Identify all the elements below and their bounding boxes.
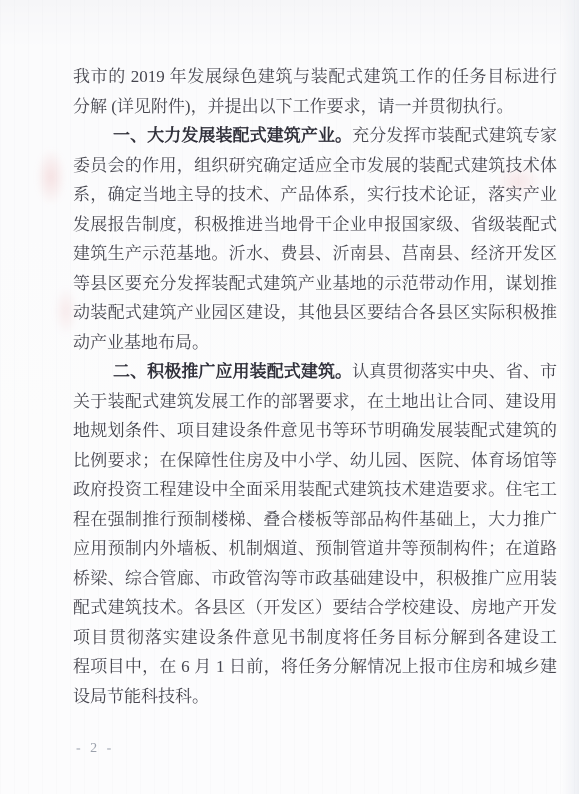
text-line: 程在强制推行预制楼梯、叠合楼板等部品构件基础上，大力推广 — [73, 505, 557, 535]
document-page: 我市的 2019 年发展绿色建筑与装配式建筑工作的任务目标进行 分解 (详见附件… — [0, 0, 579, 794]
page-number: - 2 - — [76, 741, 114, 757]
text-line: 关于装配式建筑发展工作的部署要求，在土地出让合同、建设用 — [73, 387, 557, 417]
text-line: 政府投资工程建设中全面采用装配式建筑技术建造要求。住宅工 — [73, 475, 557, 505]
text-line: 发展报告制度，积极推进当地骨干企业申报国家级、省级装配式 — [73, 210, 557, 240]
text-line: 应用预制内外墙板、机制烟道、预制管道井等预制构件；在道路 — [73, 534, 557, 564]
text-line: 地规划条件、项目建设条件意见书等环节明确发展装配式建筑的 — [73, 416, 557, 446]
text-line: 动产业基地布局。 — [73, 328, 557, 358]
document-body: 我市的 2019 年发展绿色建筑与装配式建筑工作的任务目标进行 分解 (详见附件… — [73, 62, 557, 711]
section-heading-2: 二、积极推广应用装配式建筑。 — [113, 362, 352, 381]
text-line: 比例要求；在保障性住房及中小学、幼儿园、医院、体育场馆等 — [73, 446, 557, 476]
text-line: 建筑生产示范基地。沂水、费县、沂南县、莒南县、经济开发区 — [73, 239, 557, 269]
text-line: 委员会的作用，组织研究确定适应全市发展的装配式建筑技术体 — [73, 151, 557, 181]
stamp-bleed-artifact — [36, 148, 66, 206]
text-line: 等县区要充分发挥装配式建筑产业基地的示范带动作用，谋划推 — [73, 269, 557, 299]
text-line: 一、大力发展装配式建筑产业。充分发挥市装配式建筑专家 — [73, 121, 557, 151]
text-line: 动装配式建筑产业园区建设，其他县区要结合各县区实际积极推 — [73, 298, 557, 328]
text-line: 二、积极推广应用装配式建筑。认真贯彻落实中央、省、市 — [73, 357, 557, 387]
text-line: 配式建筑技术。各县区（开发区）要结合学校建设、房地产开发 — [73, 593, 557, 623]
text-line: 设局节能科技科。 — [73, 682, 557, 712]
text-line: 系，确定当地主导的技术、产品体系，实行技术论证，落实产业 — [73, 180, 557, 210]
section-heading-1: 一、大力发展装配式建筑产业。 — [113, 126, 352, 145]
text-line: 分解 (详见附件)，并提出以下工作要求，请一并贯彻执行。 — [73, 92, 557, 122]
text-line: 桥梁、综合管廊、市政管沟等市政基础建设中，积极推广应用装 — [73, 564, 557, 594]
text-line: 项目贯彻落实建设条件意见书制度将任务目标分解到各建设工 — [73, 623, 557, 653]
text-segment: 充分发挥市装配式建筑专家 — [352, 126, 557, 145]
text-segment: 认真贯彻落实中央、省、市 — [352, 362, 557, 381]
text-line: 我市的 2019 年发展绿色建筑与装配式建筑工作的任务目标进行 — [73, 62, 557, 92]
text-line: 程项目中，在 6 月 1 日前，将任务分解情况上报市住房和城乡建 — [73, 652, 557, 682]
